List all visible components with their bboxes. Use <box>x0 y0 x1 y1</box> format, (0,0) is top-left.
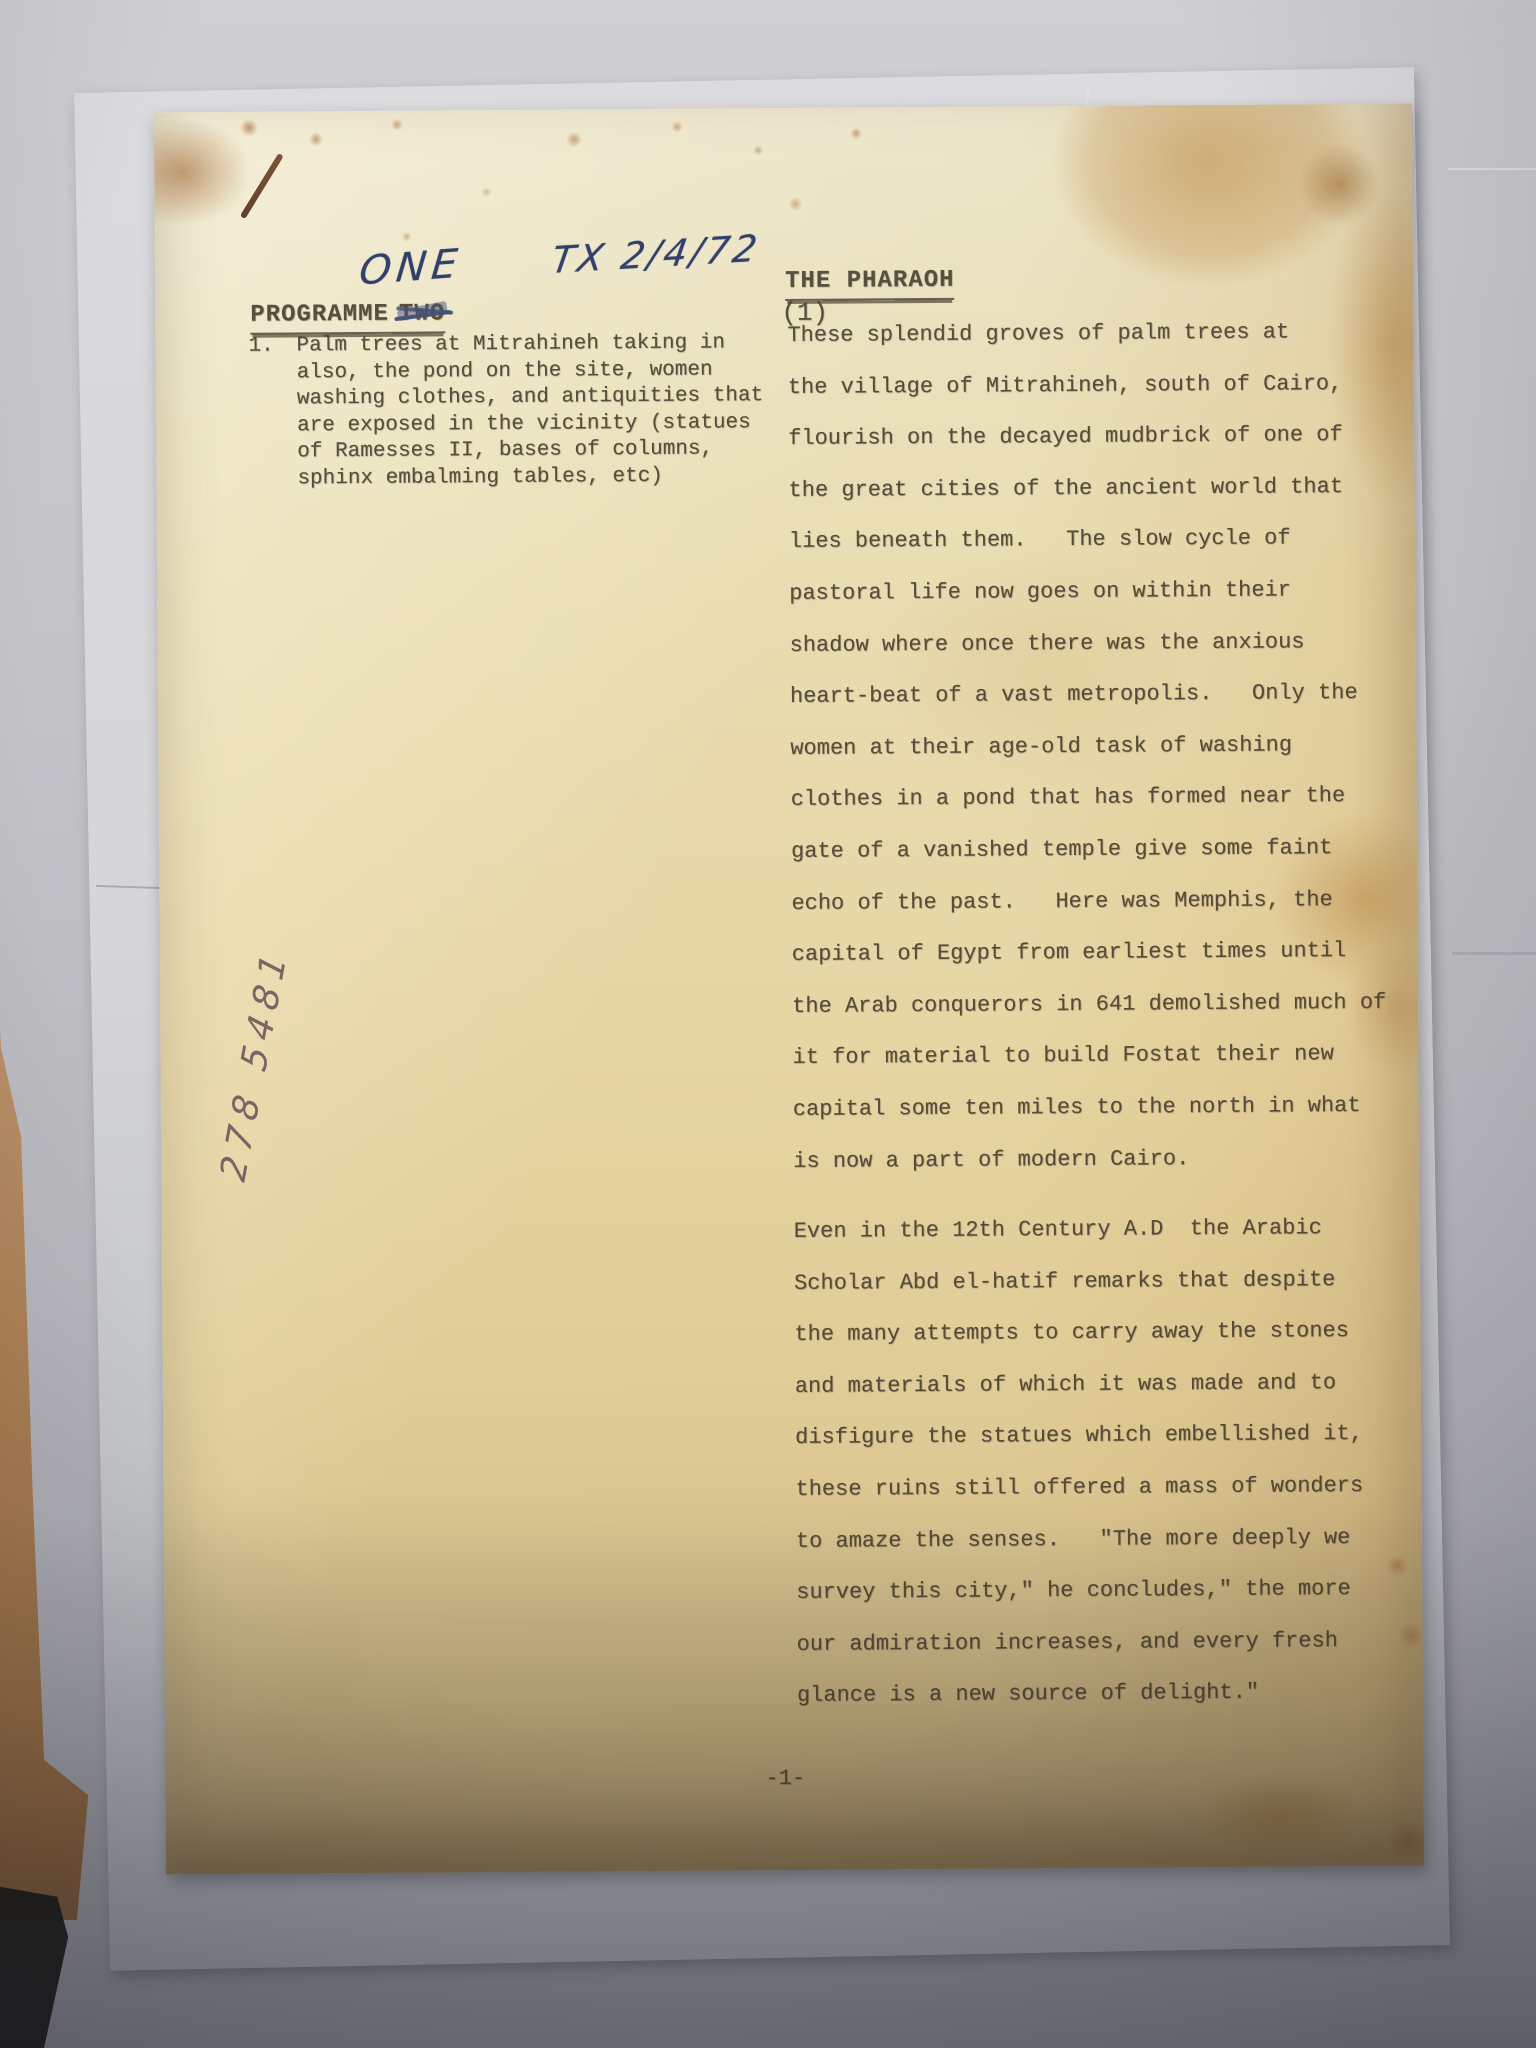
programme-heading: PROGRAMMETWO <box>250 300 445 328</box>
shot-line: Palm trees at Mitrahineh taking in <box>296 330 816 360</box>
shot-item-number: 1. <box>248 334 273 361</box>
narration-line: the Arab conquerors in 641 demolished mu… <box>792 976 1432 1032</box>
wooden-desk-edge <box>0 1030 96 1920</box>
narration-line: heart-beat of a vast metropolis. Only th… <box>790 667 1430 723</box>
narration-line: shadow where once there was the anxious <box>789 615 1429 671</box>
handwritten-tx-date: TX 2/4/72 <box>549 227 763 282</box>
narration-line: it for material to build Fostat their ne… <box>792 1028 1432 1084</box>
shot-line: also, the pond on the site, women <box>297 356 817 386</box>
narration-line: Scholar Abd el-hatif remarks that despit… <box>794 1253 1454 1309</box>
narration-paragraph-2: Even in the 12th Century A.D the Arabic … <box>794 1201 1458 1722</box>
narration-line: disfigure the statues which embellished … <box>795 1408 1455 1464</box>
background-seam-top <box>1448 168 1536 170</box>
narration-line: to amaze the senses. "The more deeply we <box>796 1511 1456 1567</box>
narration-line: women at their age-old task of washing <box>790 718 1430 774</box>
narration-line: pastoral life now goes on within their <box>789 563 1429 619</box>
pharaoh-heading-label: THE PHARAOH <box>785 267 955 301</box>
narration-line: gate of a vanished temple give some fain… <box>791 821 1431 877</box>
handwritten-catalog-number: 278 5481 <box>213 942 296 1186</box>
background-seam-mid <box>1452 952 1536 955</box>
narration-line: These splendid groves of palm trees at <box>787 306 1427 362</box>
narration-line: these ruins still offered a mass of wond… <box>795 1459 1455 1515</box>
narration-line: capital some ten miles to the north in w… <box>793 1079 1433 1135</box>
shot-line: sphinx embalming tables, etc) <box>297 462 817 492</box>
narration-line: Even in the 12th Century A.D the Arabic <box>794 1201 1454 1257</box>
narration-line: our admiration increases, and every fres… <box>796 1614 1456 1670</box>
narration-line: flourish on the decayed mudbrick of one … <box>788 409 1428 465</box>
narration-paragraph-1: These splendid groves of palm trees at t… <box>787 306 1433 1188</box>
shot-item-description: Palm trees at Mitrahineh taking in also,… <box>296 330 817 493</box>
shot-line: are exposed in the vicinity (statues <box>297 409 817 439</box>
narration-line: capital of Egypt from earliest times unt… <box>792 925 1432 981</box>
struck-word-two: TWO <box>399 300 445 327</box>
narration-line: and materials of which it was made and t… <box>795 1356 1455 1412</box>
narration-line: is now a part of modern Cairo. <box>793 1131 1433 1187</box>
shadow-corner <box>0 1880 110 2048</box>
page-number: -1- <box>765 1766 805 1791</box>
handwritten-one-annotation: ONE <box>357 241 464 295</box>
programme-heading-label: PROGRAMME <box>250 301 389 329</box>
narration-line: the village of Mitrahineh, south of Cair… <box>788 357 1428 413</box>
narration-line: lies beneath them. The slow cycle of <box>789 512 1429 568</box>
pharaoh-heading: THE PHARAOH <box>785 267 955 295</box>
narration-line: survey this city," he concludes," the mo… <box>796 1563 1456 1619</box>
narration-line: the great cities of the ancient world th… <box>788 460 1428 516</box>
shot-line: washing clothes, and antiquities that <box>297 383 817 413</box>
handwritten-stroke-mark <box>240 153 284 219</box>
typescript-page: ONE TX 2/4/72 PROGRAMMETWO THE PHARAOH 1… <box>154 104 1424 1875</box>
photo-of-typescript-page: ONE TX 2/4/72 PROGRAMMETWO THE PHARAOH 1… <box>0 0 1536 2048</box>
narration-line: the many attempts to carry away the ston… <box>794 1305 1454 1361</box>
narration-line: echo of the past. Here was Memphis, the <box>791 873 1431 929</box>
narration-line: glance is a new source of delight." <box>797 1666 1457 1722</box>
narration-line: clothes in a pond that has formed near t… <box>791 770 1431 826</box>
shot-line: of Ramesses II, bases of columns, <box>297 436 817 466</box>
